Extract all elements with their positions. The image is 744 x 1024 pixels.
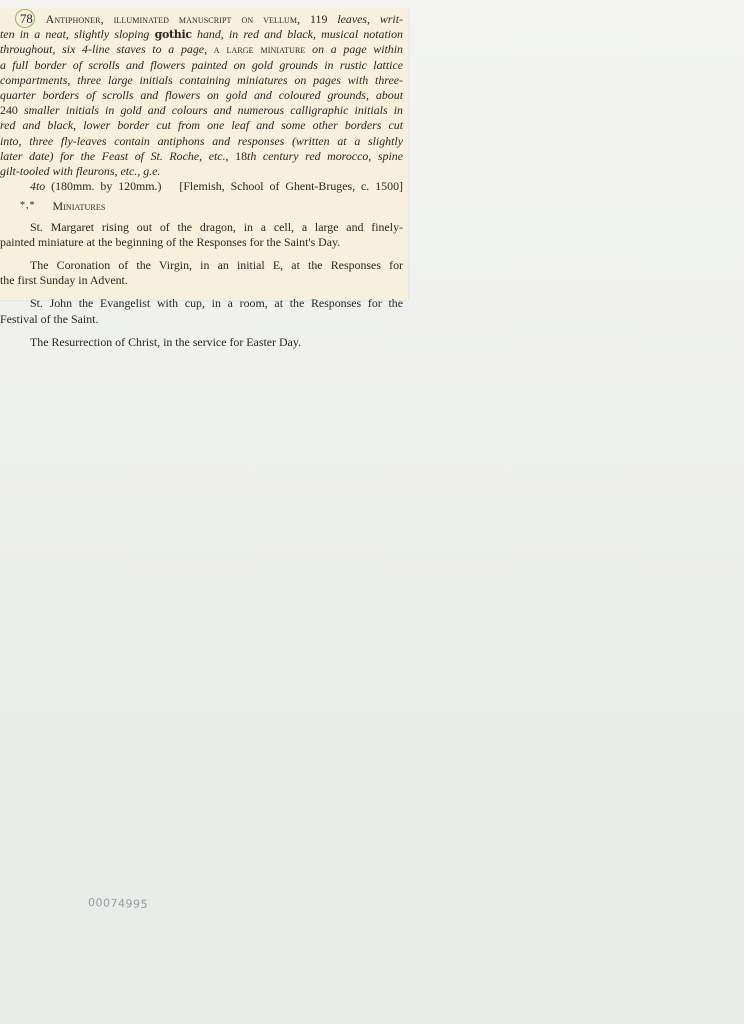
text-run: 240 (0, 103, 18, 117)
miniature-description-cont: the first Sunday in Advent. (0, 273, 403, 288)
format-line: 4to (180mm. by 120mm.) [Flemish, School … (0, 179, 403, 194)
entry-line: quarter borders of scrolls and flowers o… (0, 88, 403, 103)
miniature-description-cont: Festival of the Saint. (0, 312, 403, 327)
text-run: throughout, six 4-line staves to a page, (0, 42, 214, 56)
section-title: Miniatures (52, 199, 105, 213)
entry-line: compartments, three large initials conta… (0, 73, 403, 88)
miniature-item: St. Margaret rising out of the dragon, i… (0, 220, 403, 250)
book-format: 4to (30, 179, 45, 193)
text-run: hand, in red and black, musical notation (192, 27, 403, 41)
gothic-text: gothic (155, 28, 192, 41)
text-run: leaves, writ- (337, 12, 403, 26)
entry-line: throughout, six 4-line staves to a page,… (0, 42, 403, 57)
asterism-icon: *,* (20, 200, 36, 211)
attribution: [Flemish, School of Ghent-Bruges, c. 150… (179, 179, 403, 193)
text-run: quarter borders of scrolls and flowers o… (0, 88, 403, 102)
lot-number: 78 (0, 12, 36, 27)
miniature-item: The Coronation of the Virgin, in an init… (0, 258, 403, 288)
text-run: red and black, lower border cut from one… (0, 118, 403, 132)
entry-line-first: 78 Antiphoner, illuminated manuscript on… (0, 12, 403, 27)
text-run: on a page within (305, 42, 403, 56)
entry-line-0-rest: 119 leaves, writ- (300, 12, 403, 26)
book-dimensions: (180mm. by 120mm.) (51, 179, 161, 193)
miniature-description: St. Margaret rising out of the dragon, i… (0, 220, 403, 235)
text-run: ten in a neat, slightly sloping (0, 27, 155, 41)
miniature-description: The Resurrection of Christ, in the servi… (0, 335, 403, 350)
miniature-item: St. John the Evangelist with cup, in a r… (0, 296, 403, 326)
miniatures-list: St. Margaret rising out of the dragon, i… (0, 216, 403, 350)
text-run: 18 (235, 149, 247, 163)
catalogue-entry: 78 Antiphoner, illuminated manuscript on… (0, 12, 403, 194)
catalogue-clipping: 78 Antiphoner, illuminated manuscript on… (0, 8, 408, 300)
entry-line: into, three fly-leaves contain antiphons… (0, 134, 403, 149)
entry-line: a full border of scrolls and flowers pai… (0, 58, 403, 73)
smallcaps-text: a large miniature (214, 42, 306, 56)
entry-description: ten in a neat, slightly sloping gothic h… (0, 27, 403, 179)
entry-line: 240 smaller initials in gold and colours… (0, 103, 403, 118)
text-run: into, three fly-leaves contain antiphons… (0, 134, 403, 148)
miniature-item: The Resurrection of Christ, in the servi… (0, 335, 403, 350)
text-run: a full border of scrolls and flowers pai… (0, 58, 403, 72)
miniature-description: The Coronation of the Virgin, in an init… (0, 258, 403, 273)
entry-line: red and black, lower border cut from one… (0, 118, 403, 133)
handwritten-inventory-number: 00074995 (88, 896, 148, 911)
entry-line: later date) for the Feast of St. Roche, … (0, 149, 403, 164)
text-run: later date) for the Feast of St. Roche, … (0, 149, 235, 163)
text-run: compartments, three large initials conta… (0, 73, 403, 87)
miniature-description: St. John the Evangelist with cup, in a r… (0, 296, 403, 311)
miniature-description-cont: painted miniature at the beginning of th… (0, 235, 403, 250)
text-run: 119 (300, 12, 337, 26)
text-run: gilt-tooled with fleurons, etc., g.e. (0, 164, 160, 178)
text-run: smaller initials in gold and colours and… (18, 103, 403, 117)
text-run: th century red morocco, spine (247, 149, 403, 163)
miniatures-heading: *,* Miniatures (20, 199, 403, 215)
entry-heading: Antiphoner, illuminated manuscript on ve… (46, 12, 301, 26)
entry-line: ten in a neat, slightly sloping gothic h… (0, 27, 403, 42)
entry-line: gilt-tooled with fleurons, etc., g.e. (0, 164, 403, 179)
